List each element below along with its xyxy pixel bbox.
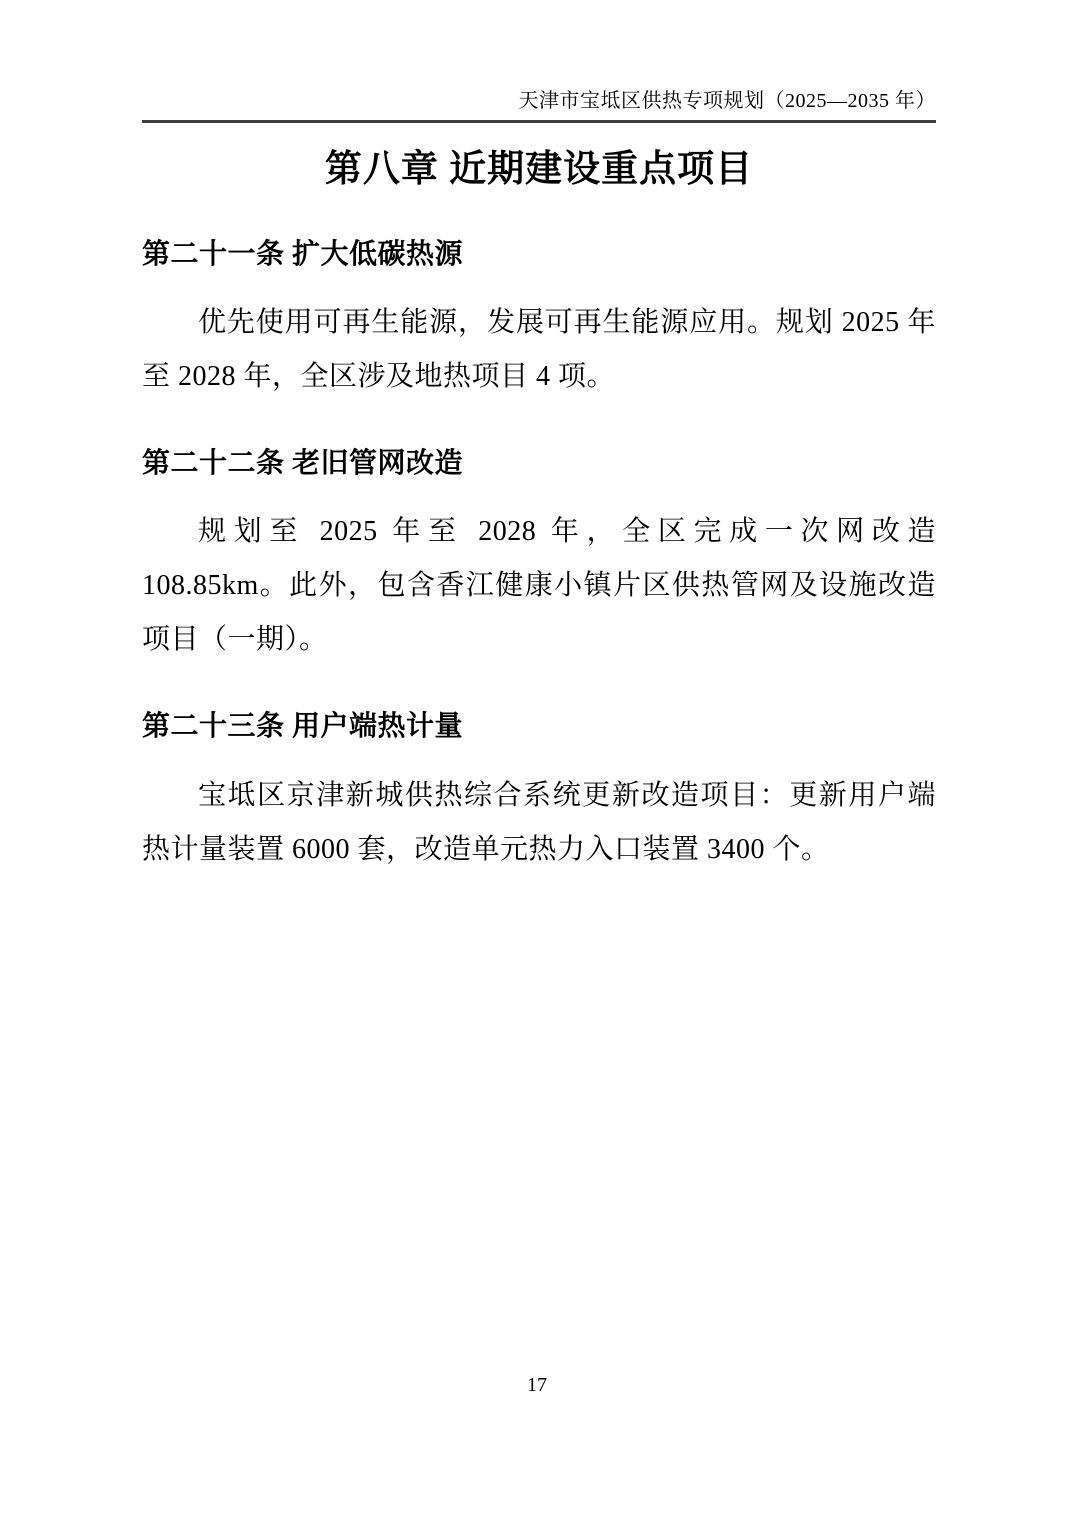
section-paragraph-22: 规划至 2025 年至 2028 年，全区完成一次网改造 108.85km。此外… — [142, 505, 936, 667]
section-heading-22: 第二十二条 老旧管网改造 — [142, 446, 936, 482]
running-header: 天津市宝坻区供热专项规划（2025—2035 年） — [142, 88, 936, 123]
page-content: 天津市宝坻区供热专项规划（2025—2035 年） 第八章 近期建设重点项目 第… — [0, 0, 1074, 877]
page-number: 17 — [0, 1372, 1074, 1398]
section-article-23: 第二十三条 用户端热计量 宝坻区京津新城供热综合系统更新改造项目：更新用户端热计… — [142, 709, 936, 876]
section-heading-21: 第二十一条 扩大低碳热源 — [142, 237, 936, 273]
section-paragraph-21: 优先使用可再生能源，发展可再生能源应用。规划 2025 年至 2028 年，全区… — [142, 296, 936, 404]
section-article-21: 第二十一条 扩大低碳热源 优先使用可再生能源，发展可再生能源应用。规划 2025… — [142, 237, 936, 404]
chapter-title: 第八章 近期建设重点项目 — [142, 145, 936, 195]
section-heading-23: 第二十三条 用户端热计量 — [142, 709, 936, 745]
document-page: 天津市宝坻区供热专项规划（2025—2035 年） 第八章 近期建设重点项目 第… — [0, 0, 1074, 1520]
section-paragraph-23: 宝坻区京津新城供热综合系统更新改造项目：更新用户端热计量装置 6000 套，改造… — [142, 769, 936, 877]
section-article-22: 第二十二条 老旧管网改造 规划至 2025 年至 2028 年，全区完成一次网改… — [142, 446, 936, 667]
